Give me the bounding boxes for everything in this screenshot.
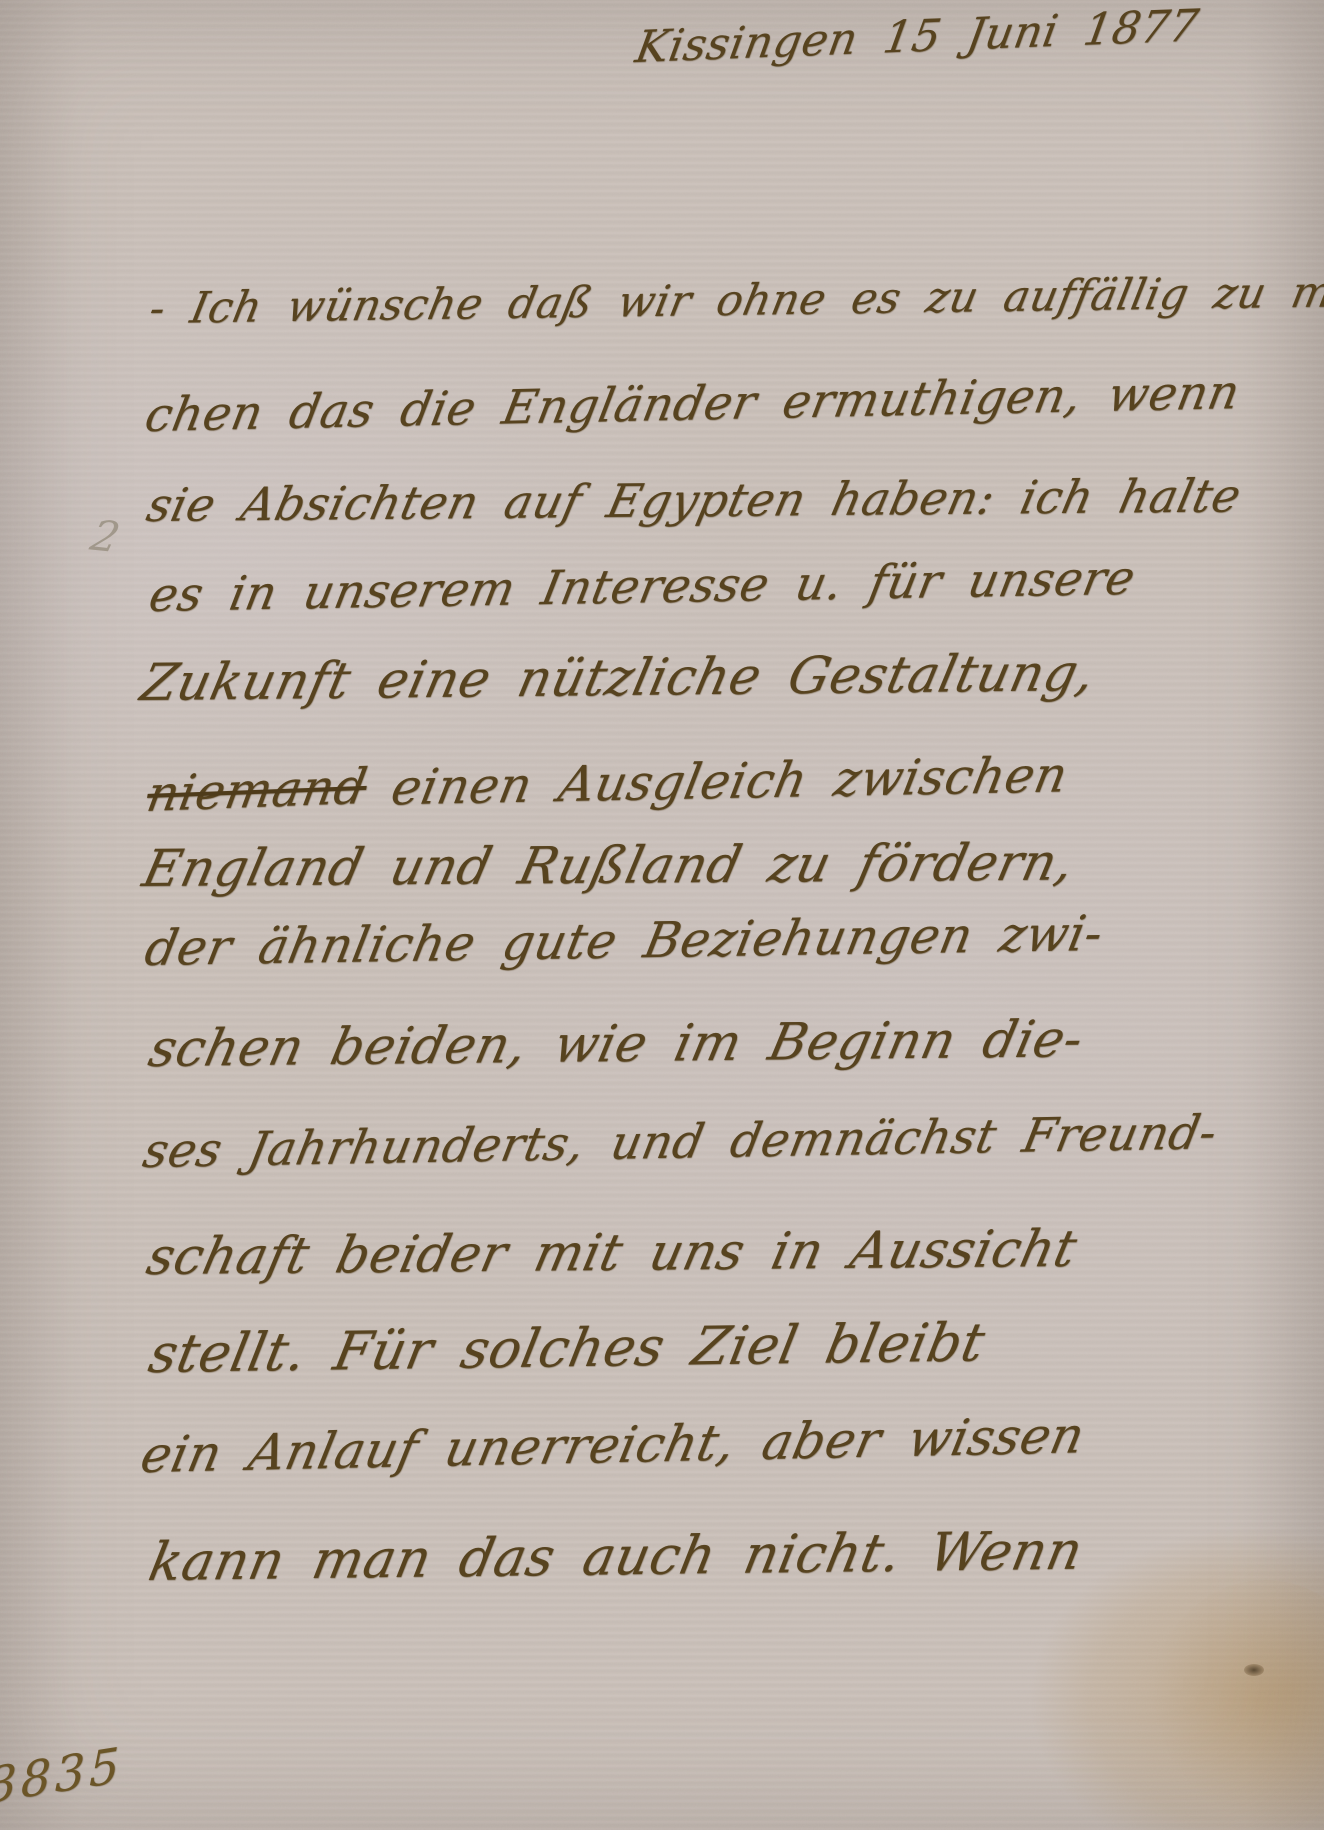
manuscript-line: es in unserem Interesse u. für unsere	[145, 555, 1139, 619]
manuscript-line: schen beiden, wie im Beginn die-	[144, 1014, 1087, 1075]
letter-page: Kissingen 15 Juni 1877 - Ich wünsche daß…	[0, 0, 1324, 1830]
manuscript-line: sie Absichten auf Egypten haben: ich hal…	[143, 472, 1245, 528]
manuscript-line: ein Anlauf unerreicht, aber wissen	[137, 1410, 1089, 1480]
manuscript-line: chen das die Engländer ermuthigen, wenn	[141, 369, 1243, 439]
manuscript-line: ses Jahrhunderts, und demnächst Freund-	[139, 1109, 1220, 1175]
paper-stain	[1150, 1580, 1324, 1830]
manuscript-line-text: einen Ausgleich zwischen	[387, 746, 1073, 816]
manuscript-line: kann man das auch nicht. Wenn	[145, 1525, 1087, 1590]
ink-spot	[1244, 1664, 1264, 1676]
manuscript-line: Zukunft eine nützliche Gestaltung,	[136, 648, 1099, 709]
archive-number: 3835	[0, 1737, 124, 1815]
struck-word: niemand	[143, 762, 371, 819]
manuscript-line: niemandeinen Ausgleich zwischen	[143, 750, 1072, 817]
manuscript-line: schaft beider mit uns in Aussicht	[142, 1224, 1081, 1283]
manuscript-line: der ähnliche gute Beziehungen zwi-	[141, 909, 1107, 973]
manuscript-line: - Ich wünsche daß wir ohne es zu auffäll…	[146, 271, 1324, 331]
manuscript-line: England und Rußland zu fördern,	[138, 837, 1078, 895]
margin-pencil-mark: 2	[86, 511, 125, 562]
dateline: Kissingen 15 Juni 1877	[632, 4, 1202, 70]
manuscript-line: stellt. Für solches Ziel bleibt	[145, 1316, 989, 1381]
